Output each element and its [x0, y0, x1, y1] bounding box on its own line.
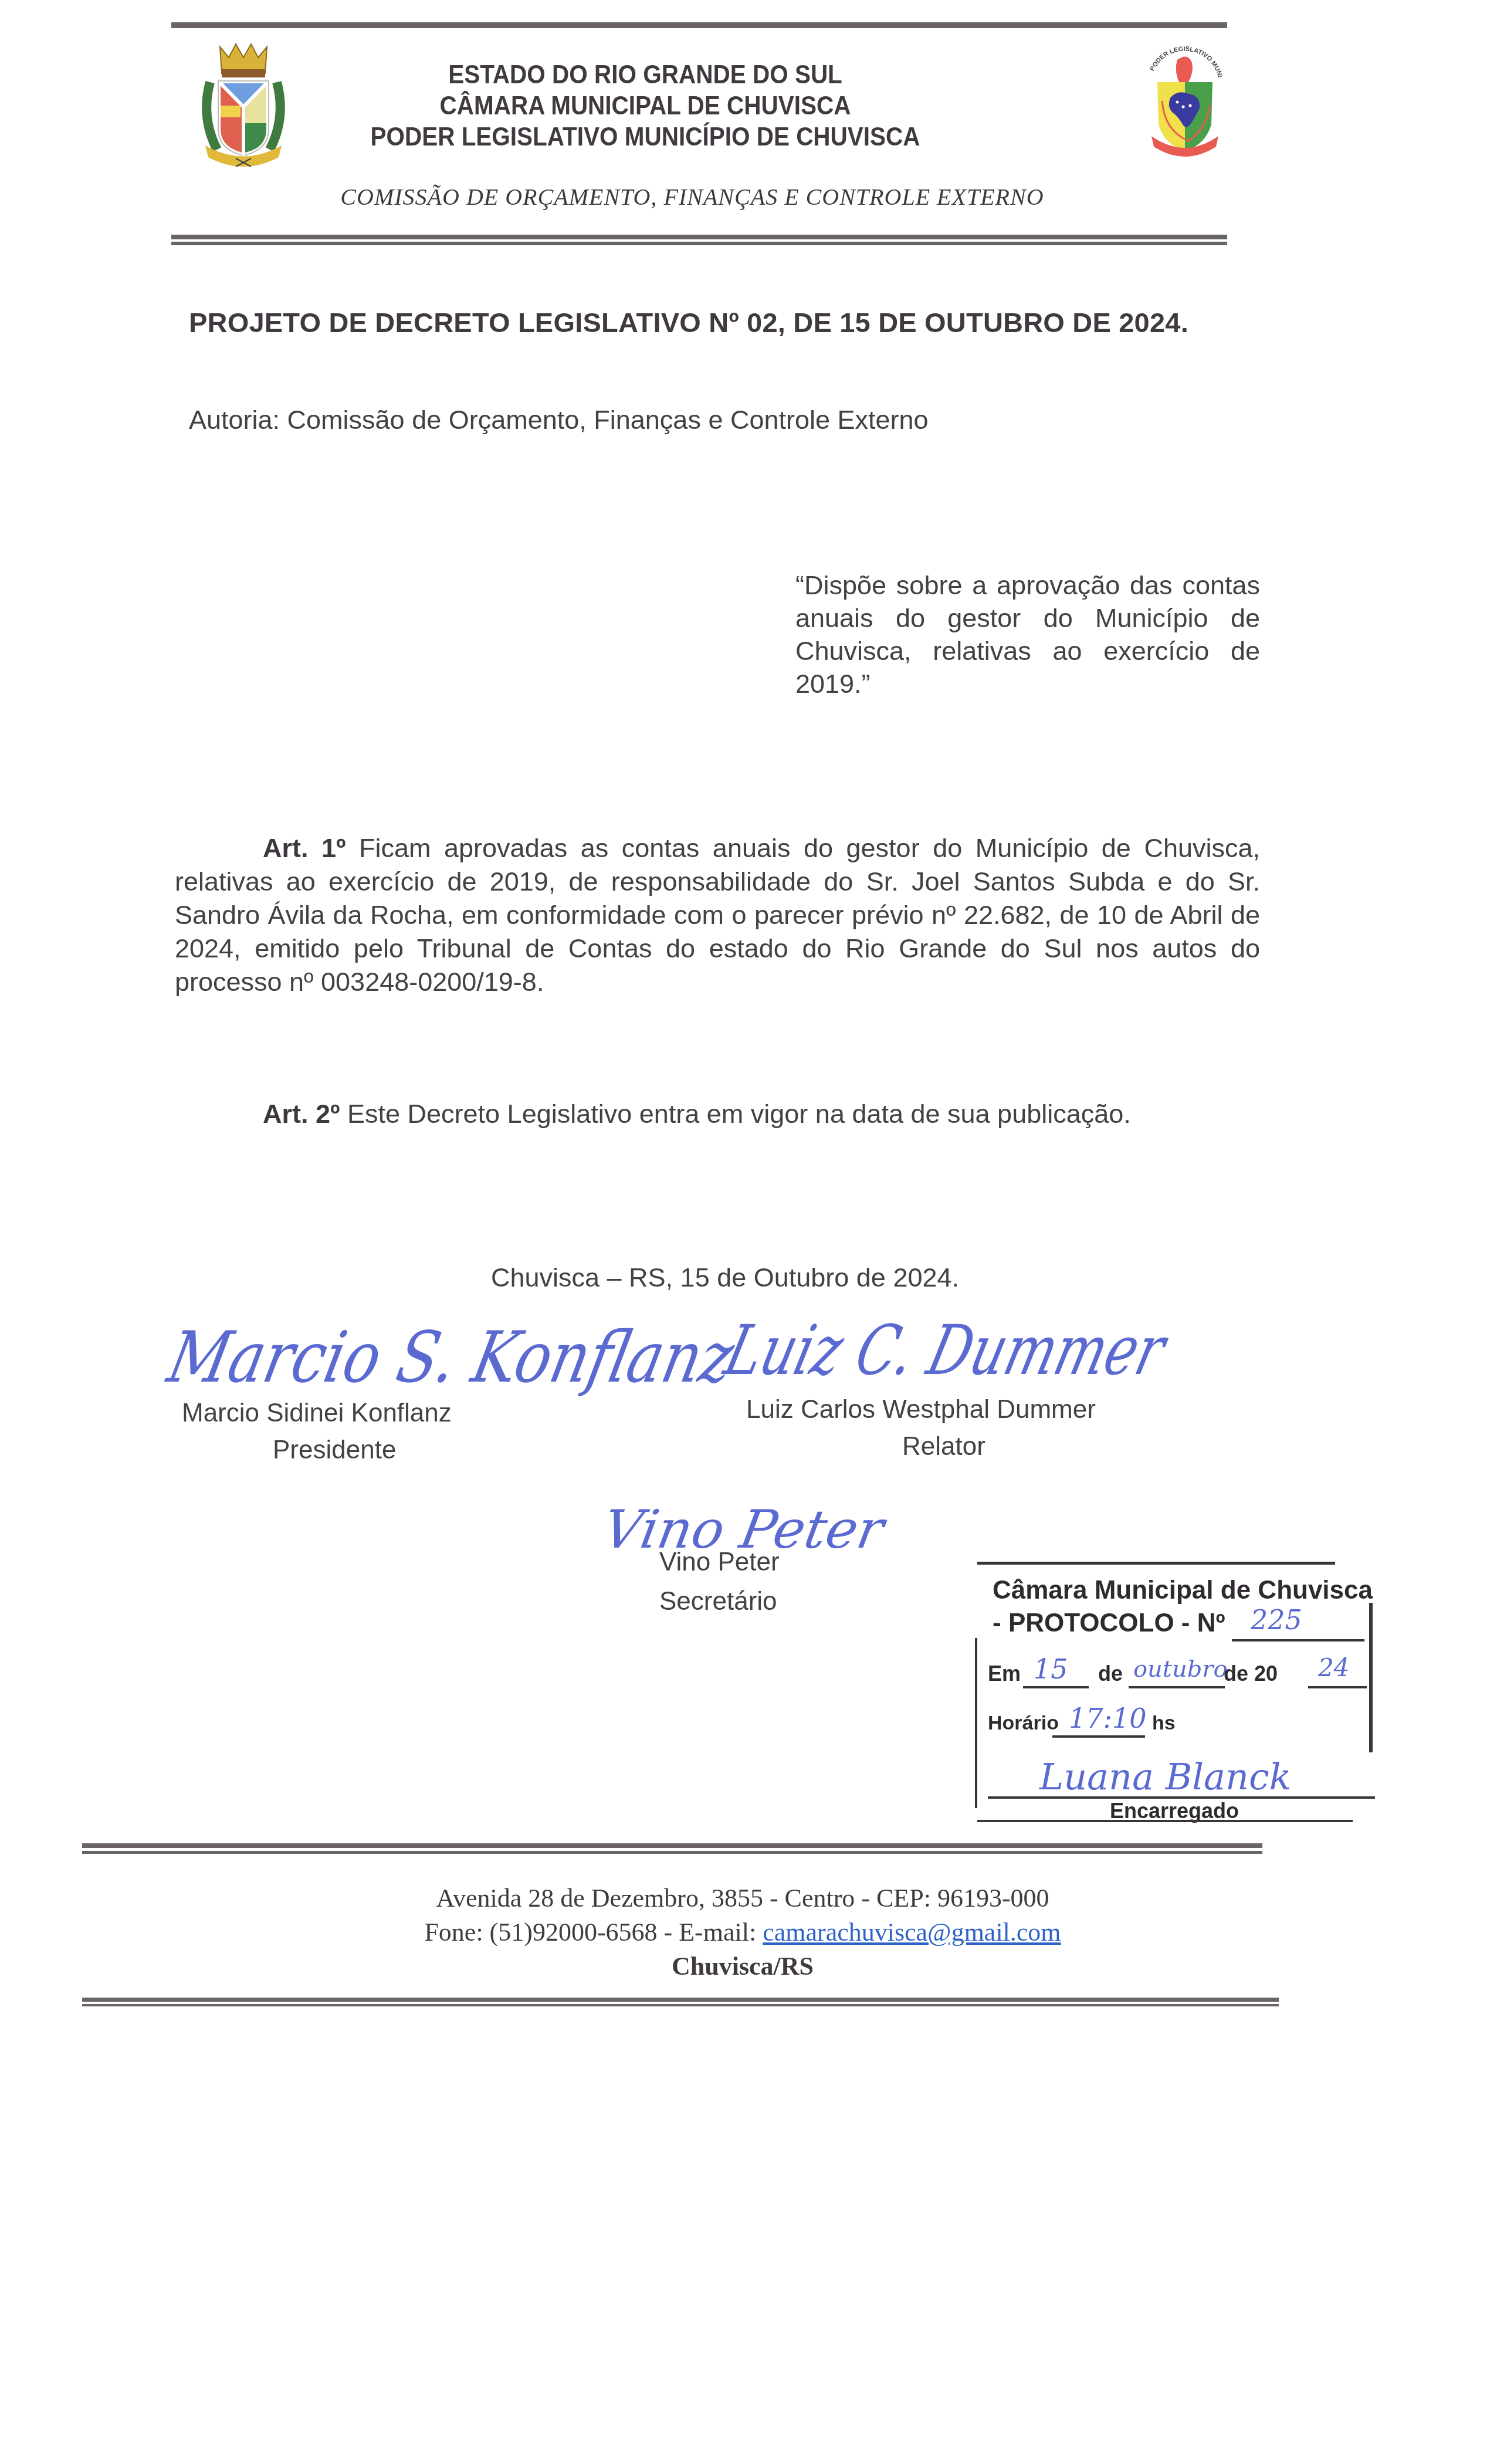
document-title: PROJETO DE DECRETO LEGISLATIVO Nº 02, DE…: [189, 306, 1188, 339]
footer-rule-bottom-upper: [82, 1998, 1279, 2002]
top-rule: [171, 22, 1227, 28]
stamp-month-line: [1129, 1686, 1225, 1688]
footer-rule-bottom-lower: [82, 2004, 1279, 2006]
signature-marcio: Marcio S. Konflanz: [161, 1316, 741, 1398]
authorship: Autoria: Comissão de Orçamento, Finanças…: [189, 405, 929, 435]
stamp-protocol-number: 225: [1251, 1604, 1302, 1636]
stamp-year-suffix: 24: [1318, 1653, 1349, 1682]
stamp-title: Câmara Municipal de Chuvisca: [993, 1576, 1373, 1605]
stamp-year-line: [1308, 1686, 1367, 1688]
header-rule-upper: [171, 235, 1227, 239]
article-1-label: Art. 1º: [263, 833, 346, 863]
signatory-1-role: Presidente: [273, 1436, 396, 1465]
article-2-label: Art. 2º: [263, 1099, 340, 1129]
committee-name: COMISSÃO DE ORÇAMENTO, FINANÇAS E CONTRO…: [246, 183, 1138, 211]
stamp-protocol-line: [1232, 1639, 1364, 1641]
protocol-stamp: Câmara Municipal de Chuvisca - PROTOCOLO…: [975, 1562, 1374, 1820]
stamp-time-unit: hs: [1152, 1712, 1176, 1735]
stamp-month: outubro: [1133, 1656, 1228, 1683]
stamp-em-label: Em: [988, 1661, 1021, 1686]
municipal-coat-of-arms-icon: [199, 41, 287, 167]
article-2: Art. 2º Este Decreto Legislativo entra e…: [175, 1097, 1260, 1131]
stamp-time: 17:10: [1069, 1703, 1147, 1734]
stamp-clerk-signature: Luana Blanck: [1039, 1755, 1291, 1798]
stamp-top-border: [977, 1562, 1335, 1565]
stamp-de-label: de: [1098, 1661, 1123, 1686]
stamp-bottom-border: [977, 1820, 1353, 1822]
header-state: ESTADO DO RIO GRANDE DO SUL: [354, 60, 937, 90]
legislative-coat-of-arms-icon: PODER LEGISLATIVO MUNICIPAL: [1141, 42, 1229, 160]
footer-rule-lower: [82, 1851, 1262, 1854]
stamp-year-prefix: de 20: [1224, 1661, 1278, 1686]
footer-city: Chuvisca/RS: [0, 1951, 1491, 1981]
stamp-protocol-label: - PROTOCOLO - Nº: [993, 1609, 1225, 1638]
stamp-time-line: [1052, 1735, 1145, 1738]
header-rule-lower: [171, 242, 1227, 245]
stamp-day-line: [1023, 1686, 1089, 1688]
signature-luiz: Luiz C. Dummer: [717, 1311, 1173, 1391]
stamp-right-border: [1369, 1603, 1373, 1752]
header-legislative: PODER LEGISLATIVO MUNICÍPIO DE CHUVISCA: [354, 122, 937, 153]
ementa: “Dispõe sobre a aprovação das contas anu…: [795, 569, 1260, 700]
place-date: Chuvisca – RS, 15 de Outubro de 2024.: [0, 1263, 1450, 1293]
footer-rule-upper: [82, 1843, 1262, 1848]
footer-address: Avenida 28 de Dezembro, 3855 - Centro - …: [0, 1883, 1491, 1913]
stamp-day: 15: [1034, 1653, 1068, 1685]
signatory-3-name: Vino Peter: [659, 1548, 780, 1577]
footer-email-link[interactable]: camarachuvisca@gmail.com: [763, 1918, 1061, 1947]
signatory-2-role: Relator: [902, 1432, 985, 1461]
signatory-1-name: Marcio Sidinei Konflanz: [182, 1399, 452, 1428]
stamp-left-border: [975, 1638, 977, 1808]
article-1: Art. 1º Ficam aprovadas as contas anuais…: [175, 831, 1260, 999]
signatory-2-name: Luiz Carlos Westphal Dummer: [746, 1395, 1096, 1424]
signatory-3-role: Secretário: [659, 1587, 777, 1616]
article-2-text: Este Decreto Legislativo entra em vigor …: [347, 1099, 1131, 1129]
header-chamber: CÂMARA MUNICIPAL DE CHUVISCA: [354, 91, 937, 121]
footer-phone: Fone: (51)92000-6568 - E-mail:: [424, 1918, 763, 1947]
footer-contact: Fone: (51)92000-6568 - E-mail: camarachu…: [0, 1917, 1491, 1947]
stamp-time-label: Horário: [988, 1712, 1059, 1735]
